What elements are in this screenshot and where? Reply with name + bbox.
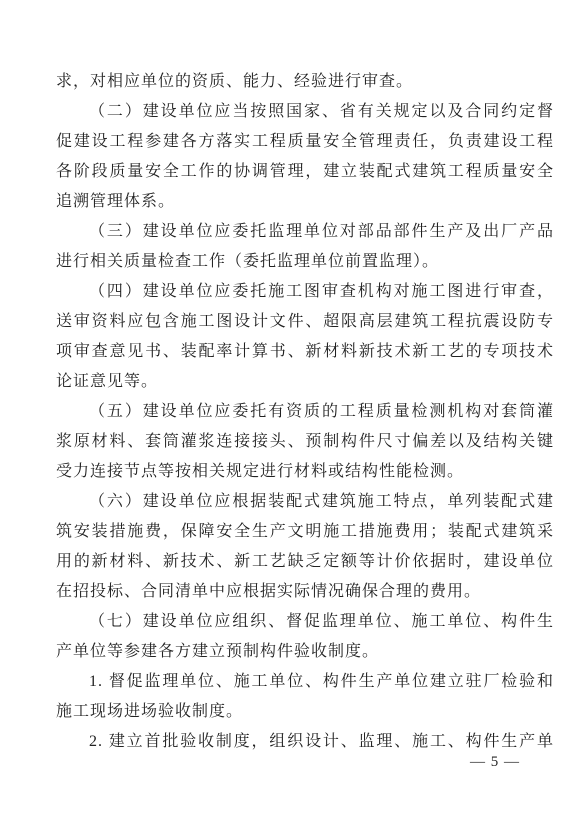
text-line: 施工现场进场验收制度。: [56, 697, 554, 727]
text-line: 求，对相应单位的资质、能力、经验进行审查。: [56, 67, 554, 97]
text-line: （三）建设单位应委托监理单位对部品部件生产及出厂产品: [56, 217, 554, 247]
text-line: 受力连接节点等按相关规定进行材料或结构性能检测。: [56, 457, 554, 487]
text-line: （五）建设单位应委托有资质的工程质量检测机构对套筒灌: [56, 397, 554, 427]
text-line: 筑安装措施费，保障安全生产文明施工措施费用；装配式建筑采: [56, 517, 554, 547]
page-number: — 5 —: [470, 751, 520, 773]
text-line: 各阶段质量安全工作的协调管理，建立装配式建筑工程质量安全: [56, 157, 554, 187]
text-line: 用的新材料、新技术、新工艺缺乏定额等计价依据时，建设单位: [56, 547, 554, 577]
text-line: 追溯管理体系。: [56, 187, 554, 217]
text-line: 浆原材料、套筒灌浆连接接头、预制构件尺寸偏差以及结构关键: [56, 427, 554, 457]
text-line: 1. 督促监理单位、施工单位、构件生产单位建立驻厂检验和: [56, 667, 554, 697]
text-line: （七）建设单位应组织、督促监理单位、施工单位、构件生: [56, 607, 554, 637]
text-line: 进行相关质量检查工作（委托监理单位前置监理）。: [56, 247, 554, 277]
text-line: 产单位等参建各方建立预制构件验收制度。: [56, 637, 554, 667]
text-line: 送审资料应包含施工图设计文件、超限高层建筑工程抗震设防专: [56, 307, 554, 337]
document-page: 求，对相应单位的资质、能力、经验进行审查。（二）建设单位应当按照国家、省有关规定…: [0, 0, 570, 820]
text-line: 促建设工程参建各方落实工程质量安全管理责任，负责建设工程: [56, 127, 554, 157]
text-line: 论证意见等。: [56, 367, 554, 397]
text-line: 在招投标、合同清单中应根据实际情况确保合理的费用。: [56, 577, 554, 607]
document-body: 求，对相应单位的资质、能力、经验进行审查。（二）建设单位应当按照国家、省有关规定…: [56, 67, 554, 757]
text-line: 项审查意见书、装配率计算书、新材料新技术新工艺的专项技术: [56, 337, 554, 367]
text-line: （六）建设单位应根据装配式建筑施工特点，单列装配式建: [56, 487, 554, 517]
text-line: （四）建设单位应委托施工图审查机构对施工图进行审查，: [56, 277, 554, 307]
text-line: （二）建设单位应当按照国家、省有关规定以及合同约定督: [56, 97, 554, 127]
